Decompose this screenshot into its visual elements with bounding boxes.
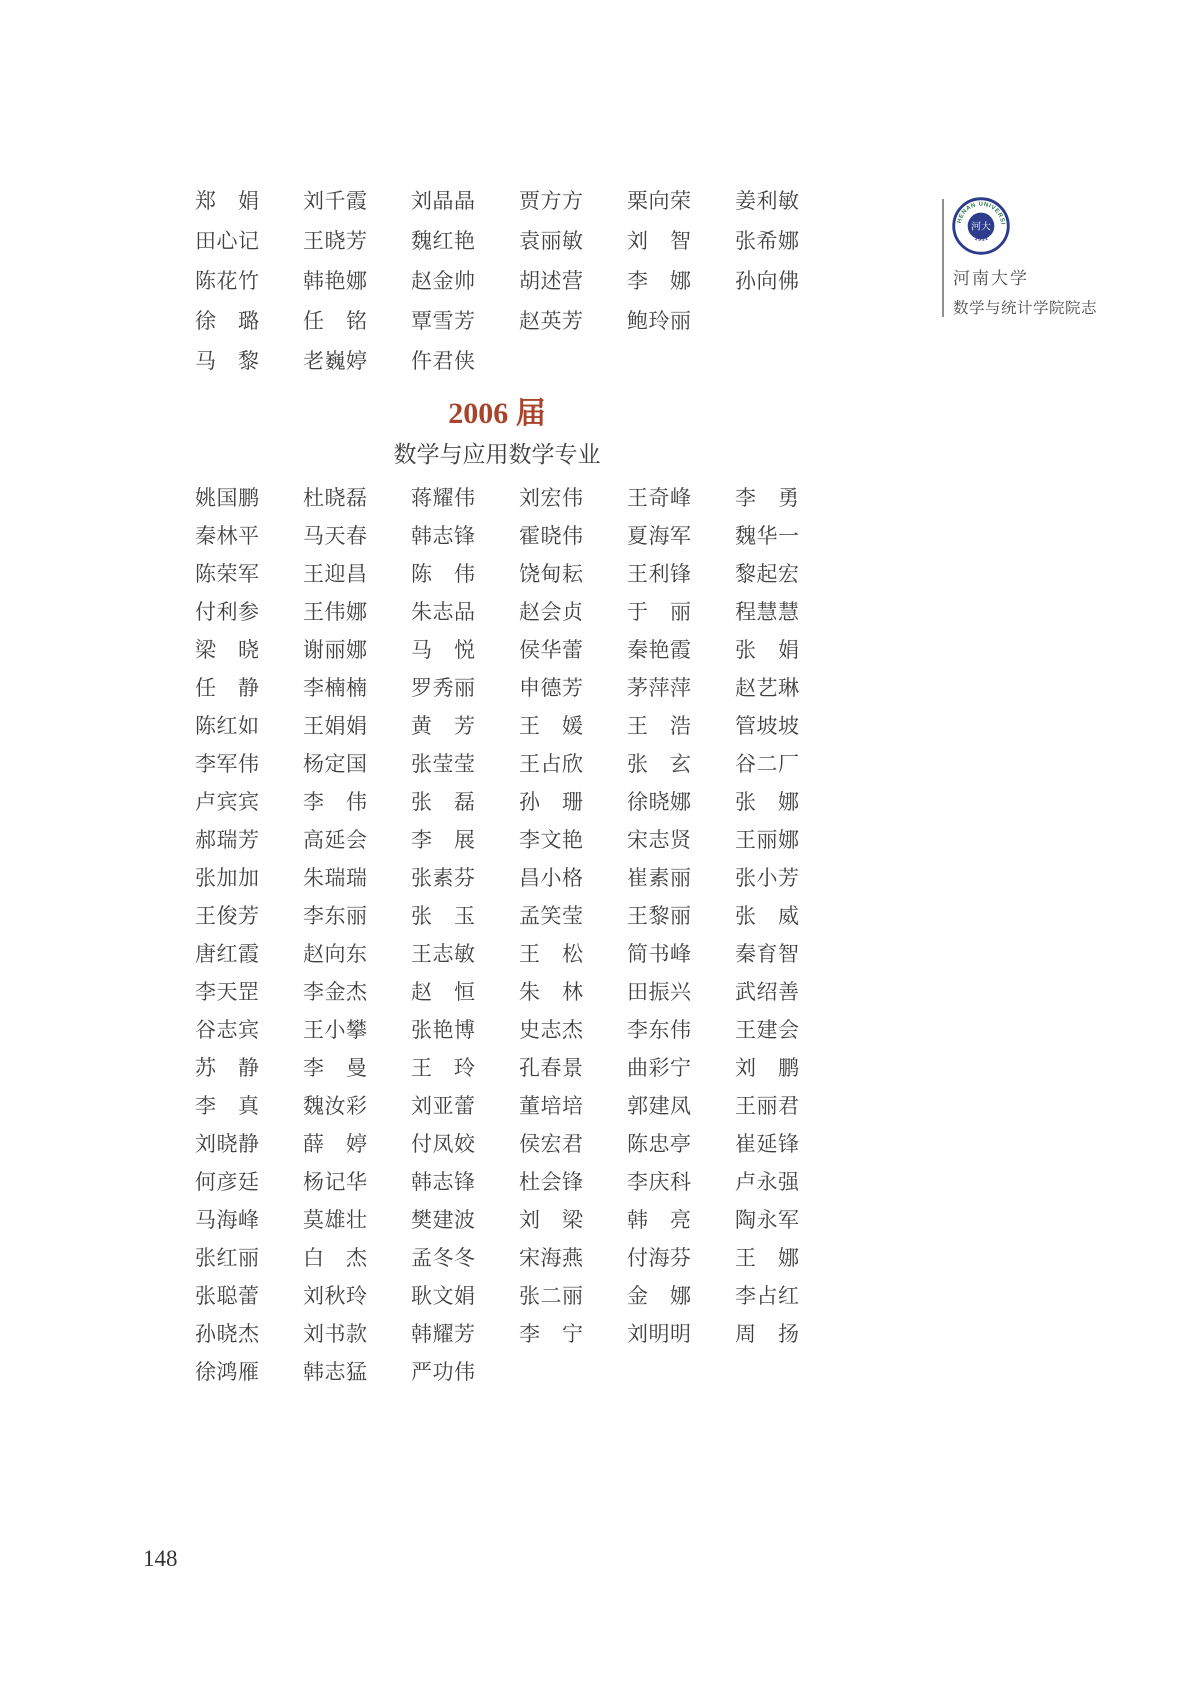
name-cell: 黄 芳 — [411, 706, 475, 744]
name-cell: 薛 婷 — [303, 1124, 367, 1162]
name-cell: 李 展 — [411, 820, 475, 858]
name-cell: 崔延锋 — [735, 1124, 799, 1162]
name-cell: 茅萍萍 — [627, 668, 691, 706]
name-cell: 王奇峰 — [627, 478, 691, 516]
name-cell: 马 悦 — [411, 630, 475, 668]
name-cell: 张 玉 — [411, 896, 475, 934]
name-cell: 袁丽敏 — [519, 220, 583, 260]
name-cell: 朱志品 — [411, 592, 475, 630]
name-cell: 韩艳娜 — [303, 260, 367, 300]
name-cell: 张 娟 — [735, 630, 799, 668]
name-cell: 张小芳 — [735, 858, 799, 896]
name-cell: 苏 静 — [195, 1048, 259, 1086]
name-cell: 魏华一 — [735, 516, 799, 554]
name-cell — [735, 300, 799, 340]
name-cell: 王小攀 — [303, 1010, 367, 1048]
name-cell: 李东伟 — [627, 1010, 691, 1048]
name-cell: 秦育智 — [735, 934, 799, 972]
name-cell: 李东丽 — [303, 896, 367, 934]
name-cell: 严功伟 — [411, 1352, 475, 1390]
name-cell: 朱瑞瑞 — [303, 858, 367, 896]
name-cell: 李庆科 — [627, 1162, 691, 1200]
name-cell: 李 曼 — [303, 1048, 367, 1086]
name-cell: 徐鸿雁 — [195, 1352, 259, 1390]
logo-seal-text: 河大 — [971, 219, 991, 232]
university-logo-icon: HENAN UNIVERSITY 河大 1912 — [952, 197, 1010, 255]
name-cell: 韩志猛 — [303, 1352, 367, 1390]
name-cell: 张 威 — [735, 896, 799, 934]
name-cell: 侯华蕾 — [519, 630, 583, 668]
name-cell: 卢永强 — [735, 1162, 799, 1200]
name-cell: 简书峰 — [627, 934, 691, 972]
name-cell: 刘 智 — [627, 220, 691, 260]
name-cell: 王黎丽 — [627, 896, 691, 934]
name-cell: 陈花竹 — [195, 260, 259, 300]
name-cell: 谷志宾 — [195, 1010, 259, 1048]
name-cell: 王俊芳 — [195, 896, 259, 934]
university-name: 河南大学 — [953, 264, 1029, 289]
name-cell: 刘晶晶 — [411, 180, 475, 220]
name-cell: 李楠楠 — [303, 668, 367, 706]
name-cell: 陶永军 — [735, 1200, 799, 1238]
name-cell: 马 黎 — [195, 340, 259, 380]
name-cell — [519, 1352, 583, 1390]
name-cell: 付海芬 — [627, 1238, 691, 1276]
name-cell: 周 扬 — [735, 1314, 799, 1352]
name-cell: 田振兴 — [627, 972, 691, 1010]
document-page: 郑 娟刘千霞刘晶晶贾方方栗向荣姜利敏田心记王晓芳魏红艳袁丽敏刘 智张希娜陈花竹韩… — [0, 0, 1190, 1684]
name-cell: 李 勇 — [735, 478, 799, 516]
name-cell: 孙向佛 — [735, 260, 799, 300]
name-cell: 杨记华 — [303, 1162, 367, 1200]
name-cell: 刘 梁 — [519, 1200, 583, 1238]
name-cell: 郑 娟 — [195, 180, 259, 220]
name-cell — [735, 340, 799, 380]
graduate-name-grid: 姚国鹏杜晓磊蒋耀伟刘宏伟王奇峰李 勇秦林平马天春韩志锋霍晓伟夏海军魏华一陈荣军王… — [195, 478, 799, 1390]
name-cell: 杨定国 — [303, 744, 367, 782]
name-cell: 陈 伟 — [411, 554, 475, 592]
name-cell: 郭建凤 — [627, 1086, 691, 1124]
name-cell: 田心记 — [195, 220, 259, 260]
name-cell: 王建会 — [735, 1010, 799, 1048]
name-cell: 姜利敏 — [735, 180, 799, 220]
name-cell: 刘宏伟 — [519, 478, 583, 516]
name-cell: 张艳博 — [411, 1010, 475, 1048]
name-cell: 仵君侠 — [411, 340, 475, 380]
name-cell: 付凤姣 — [411, 1124, 475, 1162]
name-cell: 武绍善 — [735, 972, 799, 1010]
name-cell: 谷二厂 — [735, 744, 799, 782]
name-cell: 赵 恒 — [411, 972, 475, 1010]
name-cell: 胡述营 — [519, 260, 583, 300]
name-cell: 曲彩宁 — [627, 1048, 691, 1086]
name-cell: 刘千霞 — [303, 180, 367, 220]
name-cell: 王占欣 — [519, 744, 583, 782]
sidebar-divider — [942, 199, 944, 317]
name-cell: 赵金帅 — [411, 260, 475, 300]
name-cell: 程慧慧 — [735, 592, 799, 630]
page-number: 148 — [143, 1546, 178, 1572]
name-cell: 刘明明 — [627, 1314, 691, 1352]
name-cell: 秦艳霞 — [627, 630, 691, 668]
name-cell: 张 娜 — [735, 782, 799, 820]
name-cell: 耿文娟 — [411, 1276, 475, 1314]
name-cell: 李占红 — [735, 1276, 799, 1314]
name-cell: 樊建波 — [411, 1200, 475, 1238]
name-cell: 张 玄 — [627, 744, 691, 782]
name-cell: 李 娜 — [627, 260, 691, 300]
name-cell — [735, 1352, 799, 1390]
name-cell: 张素芬 — [411, 858, 475, 896]
name-cell: 陈荣军 — [195, 554, 259, 592]
name-cell: 刘亚蕾 — [411, 1086, 475, 1124]
name-cell: 霍晓伟 — [519, 516, 583, 554]
name-cell: 饶甸耘 — [519, 554, 583, 592]
name-cell: 李军伟 — [195, 744, 259, 782]
name-cell: 申德芳 — [519, 668, 583, 706]
name-cell: 莫雄壮 — [303, 1200, 367, 1238]
name-cell: 张二丽 — [519, 1276, 583, 1314]
name-cell: 魏红艳 — [411, 220, 475, 260]
name-cell: 徐 璐 — [195, 300, 259, 340]
name-cell: 孙晓杰 — [195, 1314, 259, 1352]
name-cell: 李天罡 — [195, 972, 259, 1010]
name-cell: 高延会 — [303, 820, 367, 858]
name-cell: 梁 晓 — [195, 630, 259, 668]
name-cell: 徐晓娜 — [627, 782, 691, 820]
class-year-heading: 2006 届 — [195, 388, 799, 432]
name-cell: 宋志贤 — [627, 820, 691, 858]
name-cell: 蒋耀伟 — [411, 478, 475, 516]
name-cell: 郝瑞芳 — [195, 820, 259, 858]
name-cell: 鲍玲丽 — [627, 300, 691, 340]
name-cell: 王伟娜 — [303, 592, 367, 630]
name-cell: 孔春景 — [519, 1048, 583, 1086]
name-cell: 卢宾宾 — [195, 782, 259, 820]
name-cell: 何彦廷 — [195, 1162, 259, 1200]
book-title: 数学与统计学院院志 — [953, 296, 1097, 318]
name-cell: 姚国鹏 — [195, 478, 259, 516]
name-cell: 孟冬冬 — [411, 1238, 475, 1276]
name-cell: 老巍婷 — [303, 340, 367, 380]
major-subheading: 数学与应用数学专业 — [195, 436, 799, 469]
name-cell: 张加加 — [195, 858, 259, 896]
name-cell: 刘 鹏 — [735, 1048, 799, 1086]
name-cell: 张 磊 — [411, 782, 475, 820]
name-cell: 侯宏君 — [519, 1124, 583, 1162]
name-cell: 史志杰 — [519, 1010, 583, 1048]
name-cell — [627, 1352, 691, 1390]
name-cell: 马天春 — [303, 516, 367, 554]
name-cell: 刘秋玲 — [303, 1276, 367, 1314]
name-cell: 李 伟 — [303, 782, 367, 820]
name-cell: 王 娜 — [735, 1238, 799, 1276]
name-cell: 赵英芳 — [519, 300, 583, 340]
name-cell: 王利锋 — [627, 554, 691, 592]
name-cell: 张红丽 — [195, 1238, 259, 1276]
name-cell: 李 宁 — [519, 1314, 583, 1352]
name-cell: 韩志锋 — [411, 1162, 475, 1200]
name-cell: 王迎昌 — [303, 554, 367, 592]
name-cell: 张聪蕾 — [195, 1276, 259, 1314]
name-cell: 杜会锋 — [519, 1162, 583, 1200]
name-cell: 张莹莹 — [411, 744, 475, 782]
name-cell: 王晓芳 — [303, 220, 367, 260]
name-cell: 唐红霞 — [195, 934, 259, 972]
name-cell: 金 娜 — [627, 1276, 691, 1314]
name-cell: 任 铭 — [303, 300, 367, 340]
name-cell: 朱 林 — [519, 972, 583, 1010]
name-cell: 贾方方 — [519, 180, 583, 220]
name-cell: 李金杰 — [303, 972, 367, 1010]
name-cell: 付利参 — [195, 592, 259, 630]
name-cell — [519, 340, 583, 380]
name-cell: 白 杰 — [303, 1238, 367, 1276]
name-cell: 夏海军 — [627, 516, 691, 554]
name-cell: 谢丽娜 — [303, 630, 367, 668]
name-cell: 管坡坡 — [735, 706, 799, 744]
name-cell: 王娟娟 — [303, 706, 367, 744]
name-cell: 陈忠亭 — [627, 1124, 691, 1162]
name-cell: 昌小格 — [519, 858, 583, 896]
name-cell: 韩志锋 — [411, 516, 475, 554]
name-cell: 李文艳 — [519, 820, 583, 858]
name-cell: 孟笑莹 — [519, 896, 583, 934]
name-cell: 王志敏 — [411, 934, 475, 972]
name-cell: 韩耀芳 — [411, 1314, 475, 1352]
name-cell: 王丽君 — [735, 1086, 799, 1124]
name-cell — [627, 340, 691, 380]
name-cell: 赵艺琳 — [735, 668, 799, 706]
name-cell: 杜晓磊 — [303, 478, 367, 516]
name-cell: 王 松 — [519, 934, 583, 972]
name-cell: 王 媛 — [519, 706, 583, 744]
name-cell: 陈红如 — [195, 706, 259, 744]
name-cell: 魏汝彩 — [303, 1086, 367, 1124]
name-cell: 赵向东 — [303, 934, 367, 972]
name-cell: 任 静 — [195, 668, 259, 706]
name-cell: 马海峰 — [195, 1200, 259, 1238]
name-cell: 李 真 — [195, 1086, 259, 1124]
name-cell: 王丽娜 — [735, 820, 799, 858]
name-cell: 韩 亮 — [627, 1200, 691, 1238]
name-cell: 赵会贞 — [519, 592, 583, 630]
name-cell: 刘书款 — [303, 1314, 367, 1352]
name-cell: 秦林平 — [195, 516, 259, 554]
name-cell: 黎起宏 — [735, 554, 799, 592]
name-cell: 覃雪芳 — [411, 300, 475, 340]
name-cell: 王 玲 — [411, 1048, 475, 1086]
name-cell: 孙 珊 — [519, 782, 583, 820]
name-cell: 崔素丽 — [627, 858, 691, 896]
name-cell: 王 浩 — [627, 706, 691, 744]
name-cell: 董培培 — [519, 1086, 583, 1124]
previous-class-name-grid: 郑 娟刘千霞刘晶晶贾方方栗向荣姜利敏田心记王晓芳魏红艳袁丽敏刘 智张希娜陈花竹韩… — [195, 180, 799, 380]
name-cell: 刘晓静 — [195, 1124, 259, 1162]
name-cell: 罗秀丽 — [411, 668, 475, 706]
name-cell: 栗向荣 — [627, 180, 691, 220]
name-cell: 张希娜 — [735, 220, 799, 260]
name-cell: 于 丽 — [627, 592, 691, 630]
name-cell: 宋海燕 — [519, 1238, 583, 1276]
